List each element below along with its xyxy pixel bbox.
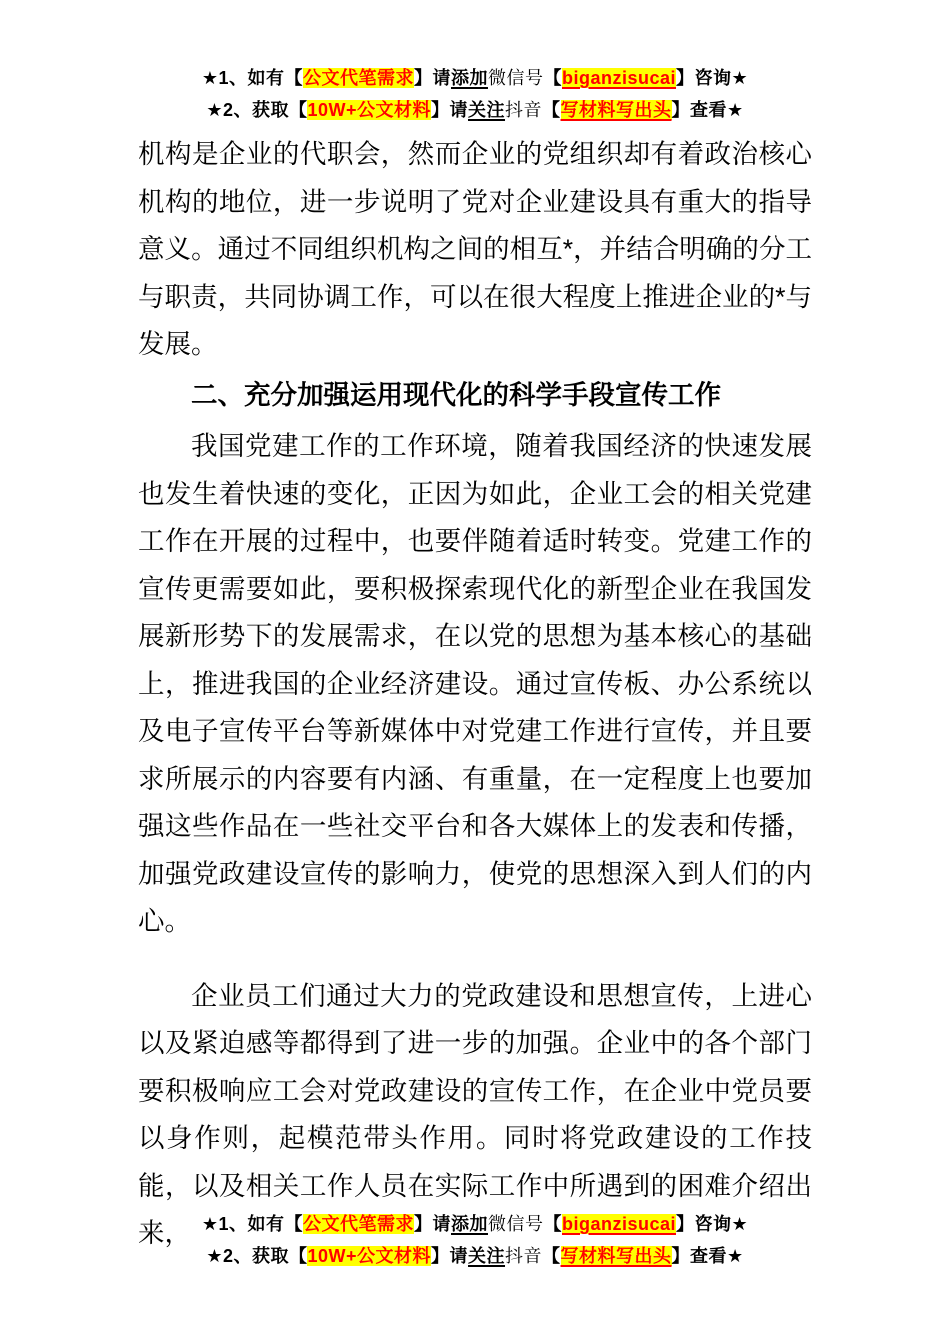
notice-text: 】咨询★ bbox=[676, 68, 748, 88]
notice-text: 【 bbox=[543, 1214, 562, 1234]
notice-highlighted-text: 10W+公文材料 bbox=[307, 1246, 431, 1266]
notice-text: 微信号 bbox=[488, 68, 544, 88]
notice-text: 】查看★ bbox=[672, 100, 744, 120]
notice-highlighted-text: 写材料写出头 bbox=[561, 1246, 672, 1266]
notice-highlighted-text: 公文代笔需求 bbox=[303, 68, 414, 88]
section-heading: 二、充分加强运用现代化的科学手段宣传工作 bbox=[138, 372, 812, 420]
footer-notice-line-2: ★2、获取【10W+公文材料】请关注抖音【写材料写出头】查看★ bbox=[0, 1240, 950, 1272]
notice-text: 】请 bbox=[414, 68, 451, 88]
notice-text: 】咨询★ bbox=[676, 1214, 748, 1234]
notice-text: 】请 bbox=[431, 1246, 468, 1266]
notice-text: 微信号 bbox=[488, 1214, 544, 1234]
footer-notice-line-1: ★1、如有【公文代笔需求】请添加微信号【biganzisucai】咨询★ bbox=[0, 1208, 950, 1240]
notice-highlighted-text: 写材料写出头 bbox=[561, 100, 672, 120]
notice-text: 】请 bbox=[431, 100, 468, 120]
notice-text: 【 bbox=[542, 100, 561, 120]
notice-text: 关注 bbox=[468, 1246, 505, 1266]
notice-text: 关注 bbox=[468, 100, 505, 120]
notice-text: ★1、如有【 bbox=[202, 68, 303, 88]
document-body: 机构是企业的代职会，然而企业的党组织却有着政治核心机构的地位，进一步说明了党对企… bbox=[138, 131, 812, 1258]
body-paragraph: 机构是企业的代职会，然而企业的党组织却有着政治核心机构的地位，进一步说明了党对企… bbox=[138, 131, 812, 369]
body-paragraph: 我国党建工作的工作环境，随着我国经济的快速发展也发生着快速的变化，正因为如此，企… bbox=[138, 423, 812, 946]
document-page: ★1、如有【公文代笔需求】请添加微信号【biganzisucai】咨询★ ★2、… bbox=[0, 0, 950, 1344]
notice-text: ★1、如有【 bbox=[202, 1214, 303, 1234]
notice-highlighted-text: biganzisucai bbox=[562, 68, 676, 88]
notice-highlighted-text: 10W+公文材料 bbox=[307, 100, 431, 120]
header-notice: ★1、如有【公文代笔需求】请添加微信号【biganzisucai】咨询★ ★2、… bbox=[0, 62, 950, 126]
notice-text: 抖音 bbox=[505, 1246, 542, 1266]
notice-text: ★2、获取【 bbox=[206, 100, 307, 120]
header-notice-line-2: ★2、获取【10W+公文材料】请关注抖音【写材料写出头】查看★ bbox=[0, 94, 950, 126]
header-notice-line-1: ★1、如有【公文代笔需求】请添加微信号【biganzisucai】咨询★ bbox=[0, 62, 950, 94]
notice-text: ★2、获取【 bbox=[206, 1246, 307, 1266]
notice-text: 添加 bbox=[451, 68, 488, 88]
notice-text: 添加 bbox=[451, 1214, 488, 1234]
footer-notice: ★1、如有【公文代笔需求】请添加微信号【biganzisucai】咨询★ ★2、… bbox=[0, 1208, 950, 1272]
notice-highlighted-text: 公文代笔需求 bbox=[303, 1214, 414, 1234]
notice-text: 【 bbox=[543, 68, 562, 88]
notice-text: 【 bbox=[542, 1246, 561, 1266]
notice-text: 抖音 bbox=[505, 100, 542, 120]
notice-text: 】请 bbox=[414, 1214, 451, 1234]
notice-text: 】查看★ bbox=[672, 1246, 744, 1266]
notice-highlighted-text: biganzisucai bbox=[562, 1214, 676, 1234]
